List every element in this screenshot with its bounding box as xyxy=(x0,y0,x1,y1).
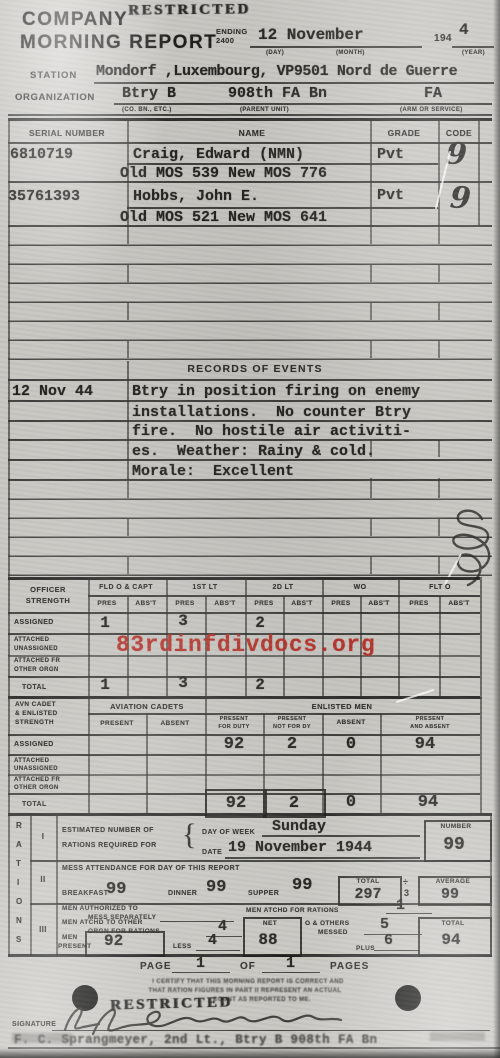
org-parent-sublabel: (PARENT UNIT) xyxy=(240,107,289,113)
mess-total-value: 297 xyxy=(354,887,381,902)
rations-side-letter: O xyxy=(16,898,23,906)
enlisted-strength-label2: & ENLISTED xyxy=(15,711,58,718)
row2-serial: 35761393 xyxy=(8,189,80,204)
others-messed-label1: O & OTHERS xyxy=(305,921,349,928)
officer-assigned-fldo-pres: 1 xyxy=(100,615,110,631)
row-attached-unassigned-label2: UNASSIGNED xyxy=(14,646,58,652)
net-label: NET xyxy=(263,921,277,928)
rations-side-letter: T xyxy=(16,860,21,868)
report-date-field: 12 November xyxy=(258,27,364,43)
rations-side-letter: I xyxy=(17,879,20,887)
row-attached-unassigned-label2: UNASSIGNED xyxy=(14,766,58,772)
restricted-stamp-top: RESTRICTED xyxy=(128,2,251,18)
enlisted-total-pfd: 92 xyxy=(226,795,246,812)
form-title-line2: MORNING REPORT xyxy=(20,33,217,52)
pres-header: PRES xyxy=(331,601,350,608)
rations-estimated-label1: ESTIMATED NUMBER OF xyxy=(62,827,154,834)
page-number: 1 xyxy=(196,956,205,971)
supper-value: 99 xyxy=(292,877,312,894)
row2-code: 9 xyxy=(449,183,472,214)
group-enlisted-men: ENLISTED MEN xyxy=(312,703,373,711)
group-1st-lt: 1ST LT xyxy=(192,584,217,591)
row1-mos-note: Old MOS 539 New MOS 776 xyxy=(120,166,327,181)
rations-part-i: I xyxy=(42,833,45,841)
org-arm-field: FA xyxy=(424,86,442,101)
certification-line1: I CERTIFY THAT THIS MORNING REPORT IS CO… xyxy=(152,979,344,985)
group-flt-o: FLT O xyxy=(429,584,451,591)
event-date: 12 Nov 44 xyxy=(12,384,93,399)
signature-label: SIGNATURE xyxy=(12,1021,56,1028)
organization-label: ORGANIZATION xyxy=(15,93,95,103)
col-cadets-absent: ABSENT xyxy=(160,721,189,728)
rations-side-letter: A xyxy=(16,841,22,849)
less-label: LESS xyxy=(173,944,192,951)
org-unit-sublabel: (CO. BN., ETC.) xyxy=(122,107,172,113)
men-present-value: 92 xyxy=(104,933,123,949)
row-attached-fr-label1: ATTACHED FR xyxy=(14,777,60,783)
number-value: 99 xyxy=(443,836,465,854)
year-sublabel: (YEAR) xyxy=(462,50,485,56)
row-attached-unassigned-label1: ATTACHED xyxy=(14,637,49,643)
page-edge-shadow xyxy=(0,1048,500,1058)
morning-report-document: RESTRICTED COMPANY MORNING REPORT ENDING… xyxy=(0,0,500,1058)
rations-side-letter: S xyxy=(16,936,22,944)
row2-mos-note: Old MOS 521 New MOS 641 xyxy=(120,210,327,225)
rations-side-letter: N xyxy=(16,917,22,925)
year-printed-prefix: 194 xyxy=(434,34,452,44)
event-line4: es. Weather: Rainy & cold. xyxy=(132,444,375,459)
abst-header: ABS'T xyxy=(448,601,469,608)
group-aviation-cadets: AVIATION CADETS xyxy=(110,703,184,711)
enlisted-strength-label3: STRENGTH xyxy=(15,720,54,727)
rations-estimated-label2: RATIONS REQUIRED FOR xyxy=(62,842,157,849)
men-atchd-for-rations-label: MEN ATCHD FOR RATIONS xyxy=(246,908,339,915)
row1-name: Craig, Edward (NMN) xyxy=(133,147,304,162)
enlisted-total-pa: 94 xyxy=(418,794,438,811)
org-unit-field: Btry B xyxy=(122,86,176,101)
pres-header: PRES xyxy=(254,601,273,608)
grand-total-label: TOTAL xyxy=(441,921,464,928)
average-value: 99 xyxy=(441,887,459,902)
day-of-week-label: DAY OF WEEK xyxy=(202,829,255,836)
page-edge-shadow xyxy=(493,0,500,1058)
grand-total-value: 94 xyxy=(441,932,460,948)
row-assigned-label: ASSIGNED xyxy=(14,619,54,626)
pres-header: PRES xyxy=(175,601,194,608)
ration-date-label: DATE xyxy=(202,849,222,856)
rations-part-ii: II xyxy=(40,876,45,884)
org-parent-field: 908th FA Bn xyxy=(228,86,327,101)
group-2d-lt: 2D LT xyxy=(273,584,294,591)
day-of-week-field: Sunday xyxy=(272,819,326,834)
col-present-not-for-duty: NOT FOR DY xyxy=(273,725,311,731)
plus-value: 6 xyxy=(384,933,393,948)
row-attached-fr-label2: OTHER ORGN xyxy=(14,667,59,673)
others-messed-value: 5 xyxy=(380,917,389,932)
row2-name: Hobbs, John E. xyxy=(133,189,259,204)
dinner-value: 99 xyxy=(206,879,226,896)
pres-header: PRES xyxy=(97,601,116,608)
certification-line2: THAT RATION FIGURES IN PART II REPRESENT… xyxy=(149,988,342,994)
mess-separately-label1: MEN AUTHORIZED TO xyxy=(62,906,138,913)
ending-label: ENDING xyxy=(216,28,248,36)
col-present-for-duty: FOR DUTY xyxy=(218,725,249,731)
row1-serial: 6810719 xyxy=(10,147,73,162)
divide-sign: ÷ xyxy=(403,878,408,887)
row-attached-unassigned-label1: ATTACHED xyxy=(14,758,49,764)
group-wo: WO xyxy=(354,584,367,591)
breakfast-label: BREAKFAST xyxy=(62,890,108,897)
officer-total-2dlt-pres: 2 xyxy=(255,677,265,693)
enlisted-assigned-pa: 94 xyxy=(415,736,435,753)
row-attached-fr-label1: ATTACHED FR xyxy=(14,658,60,664)
pages-label: PAGES xyxy=(330,962,369,972)
ending-2400-label: 2400 xyxy=(216,37,234,45)
officer-total-1stlt-pres: 3 xyxy=(178,675,188,691)
officer-strength-label1: OFFICER xyxy=(30,586,66,594)
station-label: STATION xyxy=(30,71,77,81)
net-value: 88 xyxy=(258,932,277,948)
row-attached-fr-label2: OTHER ORGN xyxy=(14,785,59,791)
blank-ruled-rows xyxy=(8,481,492,577)
men-present-label1: MEN xyxy=(62,935,78,942)
row2-grade: Pvt xyxy=(377,188,404,203)
hole-punch-right xyxy=(395,985,421,1011)
men-atchd-for-rations-value: 1 xyxy=(396,898,405,913)
col-present-not-for-duty: PRESENT xyxy=(278,717,307,723)
month-sublabel: (MONTH) xyxy=(336,50,365,56)
abst-header: ABS'T xyxy=(291,601,312,608)
group-fldo-capt: FLD O & CAPT xyxy=(99,584,153,591)
row1-grade: Pvt xyxy=(377,147,404,162)
event-line3: fire. No hostile air activiti- xyxy=(132,424,411,439)
rations-part-iii: III xyxy=(39,926,47,934)
col-present-for-duty: PRESENT xyxy=(220,717,249,723)
col-name: NAME xyxy=(239,129,266,138)
less-value: 4 xyxy=(208,933,217,948)
abst-header: ABS'T xyxy=(214,601,235,608)
plus-label: PLUS xyxy=(356,946,375,953)
day-sublabel: (DAY) xyxy=(266,50,284,56)
enlisted-total-pnfd: 2 xyxy=(289,795,299,812)
supper-label: SUPPER xyxy=(248,890,279,897)
men-atchd-other-label1: MEN ATCHD TO OTHER xyxy=(62,920,143,927)
pages-total: 1 xyxy=(286,956,295,971)
rations-side-letter: R xyxy=(16,822,22,830)
row-assigned-label: ASSIGNED xyxy=(14,741,54,748)
of-label: OF xyxy=(240,962,256,972)
col-present-and-absent: AND ABSENT xyxy=(410,725,450,731)
enlisted-assigned-pfd: 92 xyxy=(224,736,244,753)
dinner-label: DINNER xyxy=(168,890,197,897)
col-present-and-absent: PRESENT xyxy=(416,717,445,723)
men-atchd-other-value: 4 xyxy=(218,919,227,934)
officer-assigned-2dlt-pres: 2 xyxy=(255,615,265,631)
org-arm-sublabel: (ARM OR SERVICE) xyxy=(400,107,463,113)
officer-total-fldo-pres: 1 xyxy=(100,677,110,693)
col-cadets-present: PRESENT xyxy=(100,721,134,728)
brace-glyph: { xyxy=(182,820,197,850)
event-line5: Morale: Excellent xyxy=(132,464,294,479)
page-label: PAGE xyxy=(140,962,172,972)
station-field: Mondorf ,Luxembourg, VP9501 Nord de Guer… xyxy=(96,64,457,79)
average-label: AVERAGE xyxy=(436,879,470,886)
others-messed-label2: MESSED xyxy=(318,930,348,937)
officer-strength-label2: STRENGTH xyxy=(26,597,70,605)
mess-total-label: TOTAL xyxy=(356,879,379,886)
records-of-events-title: RECORDS OF EVENTS xyxy=(187,364,322,375)
year-typed-field: 4 xyxy=(459,22,469,38)
row-total-label: TOTAL xyxy=(22,801,47,808)
enlisted-assigned-absent: 0 xyxy=(346,736,356,753)
officer-assigned-1stlt-pres: 3 xyxy=(178,613,188,629)
pres-header: PRES xyxy=(409,601,428,608)
enlisted-total-absent: 0 xyxy=(346,794,356,811)
mess-attendance-label: MESS ATTENDANCE FOR DAY OF THIS REPORT xyxy=(62,865,240,872)
ration-date-field: 19 November 1944 xyxy=(228,840,372,855)
website-watermark: 83rdinfdivdocs.org xyxy=(116,634,375,657)
enlisted-assigned-pnfd: 2 xyxy=(287,736,297,753)
enlisted-strength-label1: AVN CADET xyxy=(15,702,56,709)
col-grade: GRADE xyxy=(388,129,421,138)
breakfast-value: 99 xyxy=(106,881,126,898)
event-line1: Btry in position firing on enemy xyxy=(132,384,420,399)
col-enlisted-absent: ABSENT xyxy=(336,720,365,727)
number-label: NUMBER xyxy=(441,824,472,831)
row-total-label: TOTAL xyxy=(22,684,47,691)
abst-header: ABS'T xyxy=(135,601,156,608)
event-line2: installations. No counter Btry xyxy=(132,405,411,420)
abst-header: ABS'T xyxy=(368,601,389,608)
col-serial-number: SERIAL NUMBER xyxy=(29,129,105,138)
blank-ruled-rows xyxy=(8,227,492,361)
form-title-line1: COMPANY xyxy=(22,10,128,29)
